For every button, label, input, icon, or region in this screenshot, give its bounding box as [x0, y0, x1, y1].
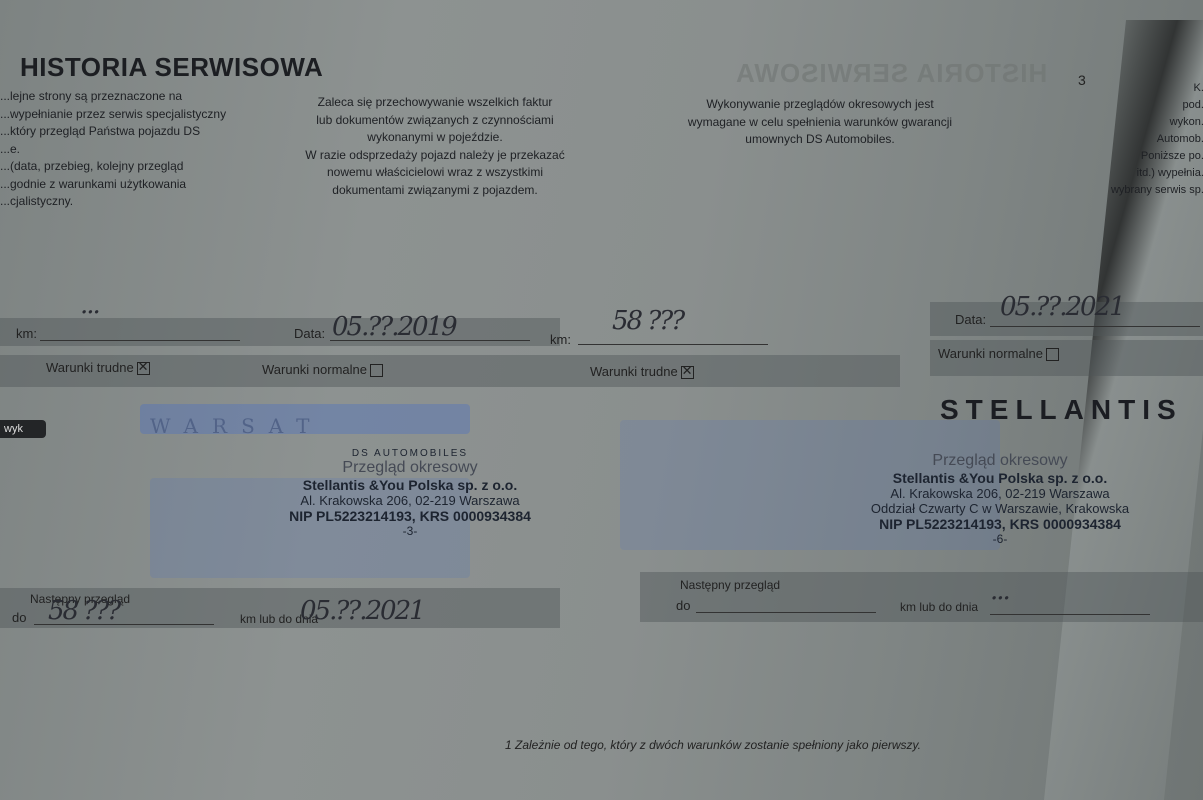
- dealer-stamp: DS AUTOMOBILES Przegląd okresowy Stellan…: [250, 448, 570, 538]
- page-number: -6-: [800, 532, 1200, 546]
- intro-line: Wykonywanie przeglądów okresowych jest: [650, 96, 990, 114]
- date-handwritten: 05.??.2019: [332, 312, 456, 342]
- stamp-branch: Oddział Czwarty C w Warszawie, Krakowska: [800, 501, 1200, 516]
- intro-line: Zaleca się przechowywanie wszelkich fakt…: [245, 94, 625, 112]
- intro-line: ...który przegląd Państwa pojazdu DS: [0, 123, 260, 141]
- intro-left: ...lejne strony są przeznaczone na ...wy…: [0, 88, 260, 211]
- date-label: Data:: [955, 312, 986, 327]
- intro-line: ...e.: [0, 141, 260, 159]
- intro-middle: Zaleca się przechowywanie wszelkich fakt…: [245, 94, 625, 199]
- hard-conditions-text: Warunki trudne: [46, 360, 134, 375]
- hard-conditions-text: Warunki trudne: [590, 364, 678, 379]
- next-km-prefix: do: [12, 610, 26, 625]
- next-service-label: Następny przegląd: [680, 578, 780, 592]
- intro-line: W razie odsprzedaży pojazd należy je prz…: [245, 147, 625, 165]
- stamp-type: Przegląd okresowy: [800, 452, 1200, 470]
- stamp-address: Al. Krakowska 206, 02-219 Warszawa: [800, 486, 1200, 501]
- next-date-label: km lub do dnia: [900, 600, 978, 614]
- dealer-stamp: Przegląd okresowy Stellantis &You Polska…: [800, 452, 1200, 546]
- entry-band: [0, 318, 560, 346]
- hard-conditions-checkbox[interactable]: [137, 362, 150, 375]
- km-label: km:: [16, 326, 37, 341]
- intro-line: Poniższe po...: [1100, 148, 1203, 165]
- km-field[interactable]: [40, 340, 240, 341]
- stamp-company: Stellantis &You Polska sp. z o.o.: [800, 470, 1200, 486]
- date-handwritten: 05.??.2021: [1000, 292, 1124, 322]
- hard-conditions-checkbox[interactable]: [681, 366, 694, 379]
- intro-line: wybrany serwis sp...: [1100, 182, 1203, 199]
- intro-line: ...wypełnianie przez serwis specjalistyc…: [0, 106, 260, 124]
- next-date-field[interactable]: [990, 614, 1150, 615]
- date-field[interactable]: [990, 326, 1200, 327]
- km-handwritten: ...: [80, 290, 99, 320]
- intro-line: ...(data, przebieg, kolejny przegląd: [0, 158, 260, 176]
- km-handwritten: 58 ???: [612, 306, 683, 336]
- footnote: 1 Zależnie od tego, który z dwóch warunk…: [505, 738, 921, 752]
- intro-line: Automob...: [1100, 131, 1203, 148]
- stamp-address: Al. Krakowska 206, 02-219 Warszawa: [250, 493, 570, 508]
- stamp-nip: NIP PL5223214193, KRS 0000934384: [250, 508, 570, 524]
- side-badge: wyk: [0, 420, 46, 438]
- normal-conditions-text: Warunki normalne: [938, 346, 1043, 361]
- intro-line: wykonanymi w pojeździe.: [245, 129, 625, 147]
- page-title: HISTORIA SERWISOWA: [20, 52, 323, 83]
- stamp-brand: DS AUTOMOBILES: [250, 448, 570, 459]
- km-label: km:: [550, 332, 571, 347]
- intro-line: ...lejne strony są przeznaczone na: [0, 88, 260, 106]
- next-km-handwritten: 58 ???: [48, 596, 119, 626]
- intro-line: wykon...: [1100, 114, 1203, 131]
- stamp-type: Przegląd okresowy: [250, 459, 570, 477]
- next-km-field[interactable]: [696, 612, 876, 613]
- intro-line: itd.) wypełnia...: [1100, 165, 1203, 182]
- intro-edge: K... pod... wykon... Automob... Poniższe…: [1100, 80, 1203, 199]
- mirrored-title: HISTORIA SERWISOWA: [735, 58, 1047, 89]
- page-mark: 3: [1078, 72, 1086, 88]
- next-km-prefix: do: [676, 598, 690, 613]
- intro-line: dokumentami związanymi z pojazdem.: [245, 182, 625, 200]
- intro-line: ...cjalistyczny.: [0, 193, 260, 211]
- normal-conditions-text: Warunki normalne: [262, 362, 367, 377]
- hard-conditions-label: Warunki trudne: [590, 364, 694, 379]
- intro-line: K...: [1100, 80, 1203, 97]
- intro-line: nowemu właścicielowi wraz z wszystkimi: [245, 164, 625, 182]
- intro-line: umownych DS Automobiles.: [650, 131, 990, 149]
- normal-conditions-label: Warunki normalne: [262, 362, 383, 377]
- normal-conditions-label: Warunki normalne: [938, 346, 1059, 361]
- stamp-nip: NIP PL5223214193, KRS 0000934384: [800, 516, 1200, 532]
- intro-line: lub dokumentów związanych z czynnościami: [245, 112, 625, 130]
- normal-conditions-checkbox[interactable]: [370, 364, 383, 377]
- page-number: -3-: [250, 524, 570, 538]
- intro-line: wymagane w celu spełnienia warunków gwar…: [650, 114, 990, 132]
- date-label: Data:: [294, 326, 325, 341]
- next-date-handwritten: ...: [990, 576, 1009, 606]
- intro-line: ...godnie z warunkami użytkowania: [0, 176, 260, 194]
- intro-right: Wykonywanie przeglądów okresowych jest w…: [650, 96, 990, 149]
- stamp-company: Stellantis &You Polska sp. z o.o.: [250, 477, 570, 493]
- intro-line: pod...: [1100, 97, 1203, 114]
- km-field[interactable]: [578, 344, 768, 345]
- next-date-handwritten: 05.??.2021: [300, 596, 424, 626]
- normal-conditions-checkbox[interactable]: [1046, 348, 1059, 361]
- hard-conditions-label: Warunki trudne: [46, 360, 150, 375]
- stamp-ink: [140, 404, 470, 434]
- service-book-page: HISTORIA SERWISOWA 3 HISTORIA SERWISOWA …: [0, 0, 1203, 800]
